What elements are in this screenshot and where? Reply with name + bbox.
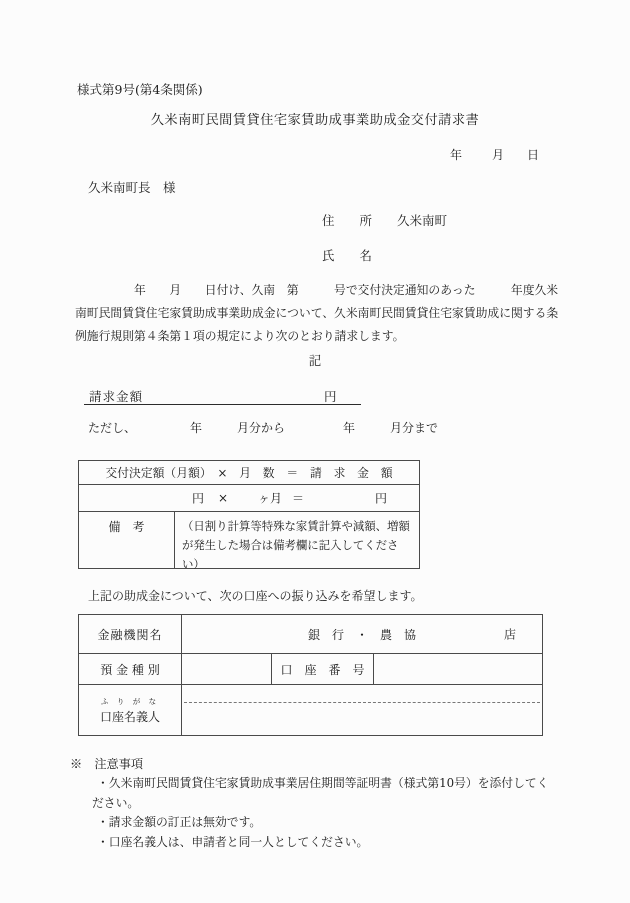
account-holder-input-area [181,684,542,735]
formula-yen-unit: 円 [192,490,204,507]
account-number-input-area [373,653,542,684]
notes-heading: ※ 注意事項 [70,755,143,772]
calc-formula-row: 円 × ヶ月 ＝ 円 [79,484,419,511]
furigana-label: ふ り が な [101,696,159,707]
notes-list: ・久米南町民間賃貸住宅家賃助成事業居住期間等証明書（様式第10号）を添付してくだ… [92,774,558,852]
institution-value-cell: 銀 行 ・ 農 協 店 [181,615,542,653]
institution-label: 金融機関名 [79,615,181,653]
period-prefix: ただし、 [88,419,136,436]
claim-amount-label: 請求金額 [89,387,143,405]
claim-period-line: ただし、 年 月分から 年 月分まで [0,419,630,435]
date-line: 年 月 日 [0,146,630,162]
calculation-table: 交付決定額（月額） × 月 数 ＝ 請 求 金 額 円 × ヶ月 ＝ 円 備 考… [78,460,420,569]
claim-amount-line: 請求金額 円 [84,387,361,405]
formula-equals-sign: ＝ [292,490,304,507]
period-year-to: 年 [343,419,355,436]
period-to-suffix: 月分まで [390,419,438,436]
period-year-from: 年 [190,419,202,436]
formula-months-unit: ヶ月 [258,490,282,507]
note-item: ・久米南町民間賃貸住宅家賃助成事業居住期間等証明書（様式第10号）を添付してくだ… [92,774,558,813]
date-month-label: 月 [492,146,504,163]
furigana-dashed-rule [184,685,540,703]
account-holder-label: 口座名義人 [100,708,160,725]
calc-table-header: 交付決定額（月額） × 月 数 ＝ 請 求 金 額 [79,461,419,484]
document-page: 様式第9号(第4条関係) 久米南町民間賃貸住宅家賃助成事業助成金交付請求書 年 … [0,0,630,903]
remarks-label: 備 考 [79,511,174,568]
addressee-line: 久米南町長 様 [88,178,176,196]
period-from-suffix: 月分から [237,419,285,436]
remarks-note: （日割り計算等特殊な家賃計算や減額、増額が発生した場合は備考欄に記入してください… [174,511,419,568]
claim-amount-unit: 円 [324,387,337,405]
account-number-label: 口 座 番 号 [271,653,373,684]
date-day-label: 日 [527,146,539,163]
branch-suffix: 店 [504,626,516,643]
account-holder-label-cell: ふ り が な 口座名義人 [79,684,181,735]
transfer-intro-sentence: 上記の助成金について、次の口座への振り込みを希望します。 [88,587,423,604]
formula-total-yen-unit: 円 [375,490,387,507]
bank-account-table: 金融機関名 銀 行 ・ 農 協 店 預 金 種 別 口 座 番 号 ふ り が … [78,614,543,736]
address-label: 住 所 [322,211,372,229]
date-year-label: 年 [450,146,462,163]
page-title: 久米南町民間賃貸住宅家賃助成事業助成金交付請求書 [0,109,630,128]
address-value: 久米南町 [397,211,447,229]
note-item: ・請求金額の訂正は無効です。 [92,813,558,833]
note-item: ・口座名義人は、申請者と同一人としてください。 [92,833,558,853]
ki-heading: 記 [0,351,630,369]
account-type-label: 預 金 種 別 [79,653,181,684]
account-type-input-area [181,653,271,684]
name-label: 氏 名 [322,246,372,264]
bank-options-text: 銀 行 ・ 農 協 [308,626,416,643]
request-paragraph: 年 月 日付け、久南 第 号で交付決定通知のあった 年度久米南町民間賃貸住宅家賃… [75,279,563,348]
form-number: 様式第9号(第4条関係) [77,80,203,98]
formula-times-sign: × [218,491,228,505]
